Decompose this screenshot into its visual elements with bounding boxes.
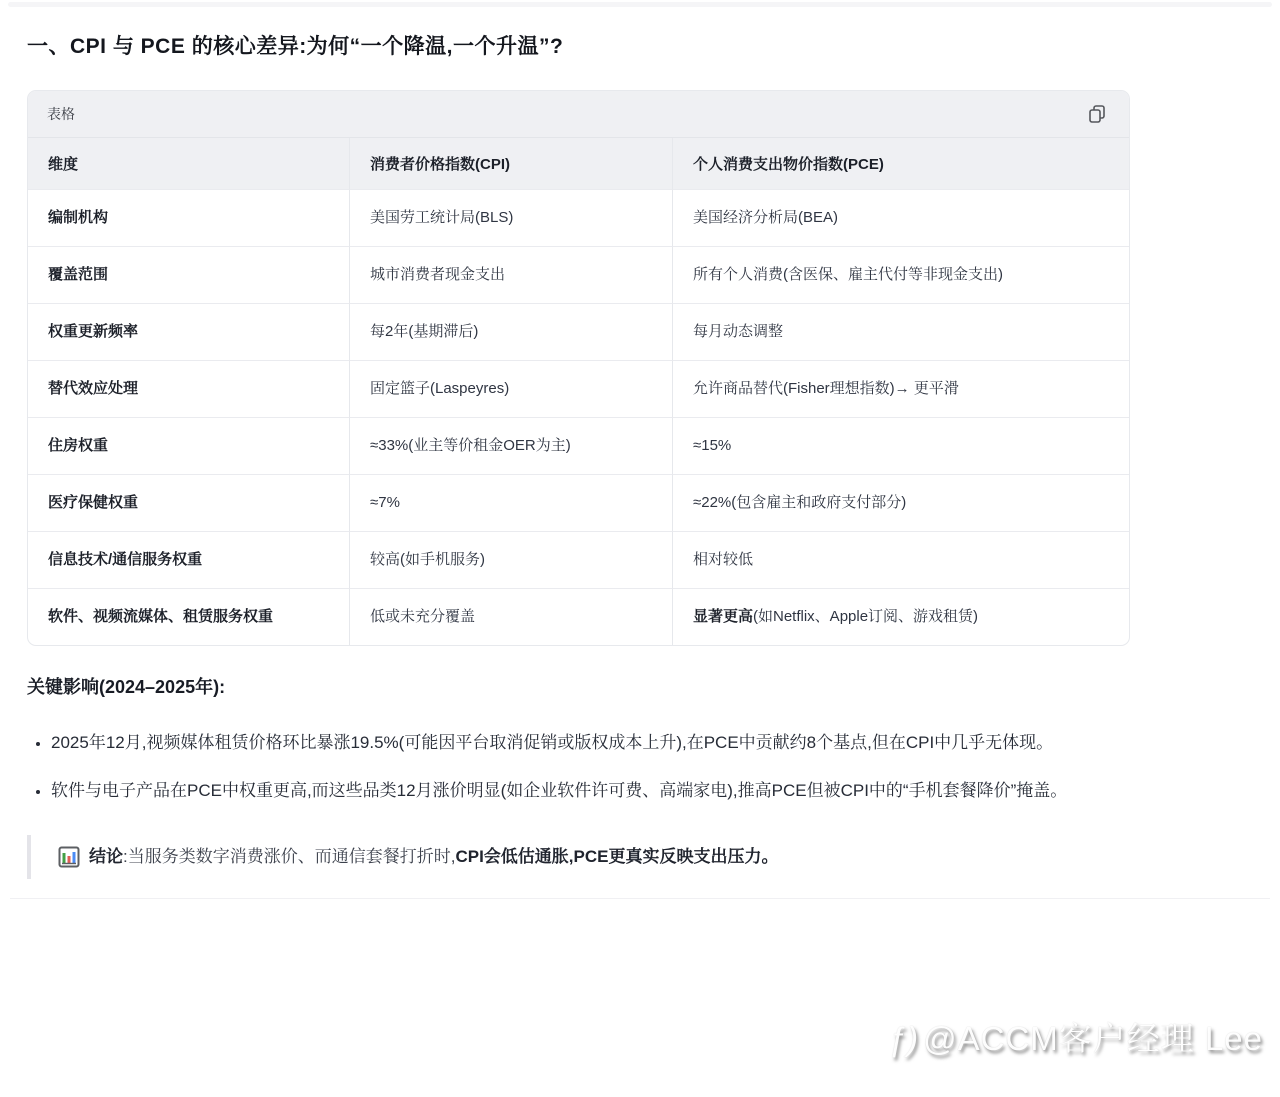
conclusion-text: 结论:当服务类数字消费涨价、而通信套餐打折时,CPI会低估通胀,PCE更真实反映… (89, 843, 778, 871)
cell-pce: 显著更高(如Netflix、Apple订阅、游戏租赁) (673, 588, 1129, 645)
key-impact-list: 2025年12月,视频媒体租赁价格环比暴涨19.5%(可能因平台取消促销或版权成… (27, 724, 1223, 809)
table-header-row: 维度 消费者价格指数(CPI) 个人消费支出物价指数(PCE) (28, 138, 1129, 189)
column-header-dimension: 维度 (28, 138, 350, 189)
cell-cpi: ≈7% (350, 474, 673, 531)
cell-dimension: 编制机构 (28, 189, 350, 246)
bottom-divider (10, 898, 1270, 899)
watermark-text: @ACCM客户经理 Lee (923, 1020, 1263, 1057)
cell-pce: ≈15% (673, 417, 1129, 474)
bar-chart-icon (58, 846, 80, 868)
table-row: 住房权重 ≈33%(业主等价租金OER为主) ≈15% (28, 417, 1129, 474)
cell-dimension: 覆盖范围 (28, 246, 350, 303)
conclusion-blockquote: 结论:当服务类数字消费涨价、而通信套餐打折时,CPI会低估通胀,PCE更真实反映… (27, 835, 1253, 879)
list-item: 2025年12月,视频媒体租赁价格环比暴涨19.5%(可能因平台取消促销或版权成… (51, 724, 1223, 761)
cell-pce: 美国经济分析局(BEA) (673, 189, 1129, 246)
comparison-table: 维度 消费者价格指数(CPI) 个人消费支出物价指数(PCE) 编制机构 美国劳… (28, 138, 1129, 645)
conclusion-mid: :当服务类数字消费涨价、而通信套餐打折时, (123, 847, 455, 866)
cell-pce: 所有个人消费(含医保、雇主代付等非现金支出) (673, 246, 1129, 303)
cell-dimension: 住房权重 (28, 417, 350, 474)
page-title: 一、CPI 与 PCE 的核心差异:为何“一个降温,一个升温”? (27, 0, 1253, 62)
watermark: ƒ)@ACCM客户经理 Lee (888, 1013, 1263, 1060)
cell-cpi: 城市消费者现金支出 (350, 246, 673, 303)
cell-dimension: 医疗保健权重 (28, 474, 350, 531)
list-item: 软件与电子产品在PCE中权重更高,而这些品类12月涨价明显(如企业软件许可费、高… (51, 772, 1223, 809)
column-header-pce: 个人消费支出物价指数(PCE) (673, 138, 1129, 189)
cell-cpi: 美国劳工统计局(BLS) (350, 189, 673, 246)
cell-dimension: 权重更新频率 (28, 303, 350, 360)
cell-pce-bold: 显著更高 (693, 608, 753, 625)
cell-pce: 相对较低 (673, 531, 1129, 588)
page: 一、CPI 与 PCE 的核心差异:为何“一个降温,一个升温”? 表格 维度 消… (0, 0, 1280, 1097)
watermark-logo-icon: ƒ) (888, 1020, 919, 1057)
cell-cpi: ≈33%(业主等价租金OER为主) (350, 417, 673, 474)
cell-cpi: 每2年(基期滞后) (350, 303, 673, 360)
cell-dimension: 软件、视频流媒体、租赁服务权重 (28, 588, 350, 645)
cell-cpi: 较高(如手机服务) (350, 531, 673, 588)
conclusion-bold: CPI会低估通胀,PCE更真实反映支出压力。 (455, 847, 778, 866)
key-impact-heading: 关键影响(2024–2025年): (27, 674, 1253, 700)
table-row: 覆盖范围 城市消费者现金支出 所有个人消费(含医保、雇主代付等非现金支出) (28, 246, 1129, 303)
cell-dimension: 替代效应处理 (28, 360, 350, 417)
copy-icon (1087, 104, 1107, 124)
cell-pce: ≈22%(包含雇主和政府支付部分) (673, 474, 1129, 531)
table-card: 表格 维度 消费者价格指数(CPI) 个人消费支出物价指数(PCE) (27, 90, 1130, 646)
copy-button[interactable] (1084, 101, 1110, 127)
column-header-cpi: 消费者价格指数(CPI) (350, 138, 673, 189)
table-row: 替代效应处理 固定篮子(Laspeyres) 允许商品替代(Fisher理想指数… (28, 360, 1129, 417)
table-row: 软件、视频流媒体、租赁服务权重 低或未充分覆盖 显著更高(如Netflix、Ap… (28, 588, 1129, 645)
cell-cpi: 固定篮子(Laspeyres) (350, 360, 673, 417)
table-row: 信息技术/通信服务权重 较高(如手机服务) 相对较低 (28, 531, 1129, 588)
table-row: 编制机构 美国劳工统计局(BLS) 美国经济分析局(BEA) (28, 189, 1129, 246)
table-card-header: 表格 (28, 91, 1129, 138)
cell-cpi: 低或未充分覆盖 (350, 588, 673, 645)
cell-pce: 每月动态调整 (673, 303, 1129, 360)
cell-pce: 允许商品替代(Fisher理想指数)→ 更平滑 (673, 360, 1129, 417)
top-divider (8, 2, 1272, 7)
conclusion-label: 结论 (89, 847, 123, 866)
table-card-label: 表格 (47, 104, 75, 124)
table-row: 医疗保健权重 ≈7% ≈22%(包含雇主和政府支付部分) (28, 474, 1129, 531)
cell-pce-rest: (如Netflix、Apple订阅、游戏租赁) (753, 608, 978, 625)
cell-dimension: 信息技术/通信服务权重 (28, 531, 350, 588)
table-row: 权重更新频率 每2年(基期滞后) 每月动态调整 (28, 303, 1129, 360)
